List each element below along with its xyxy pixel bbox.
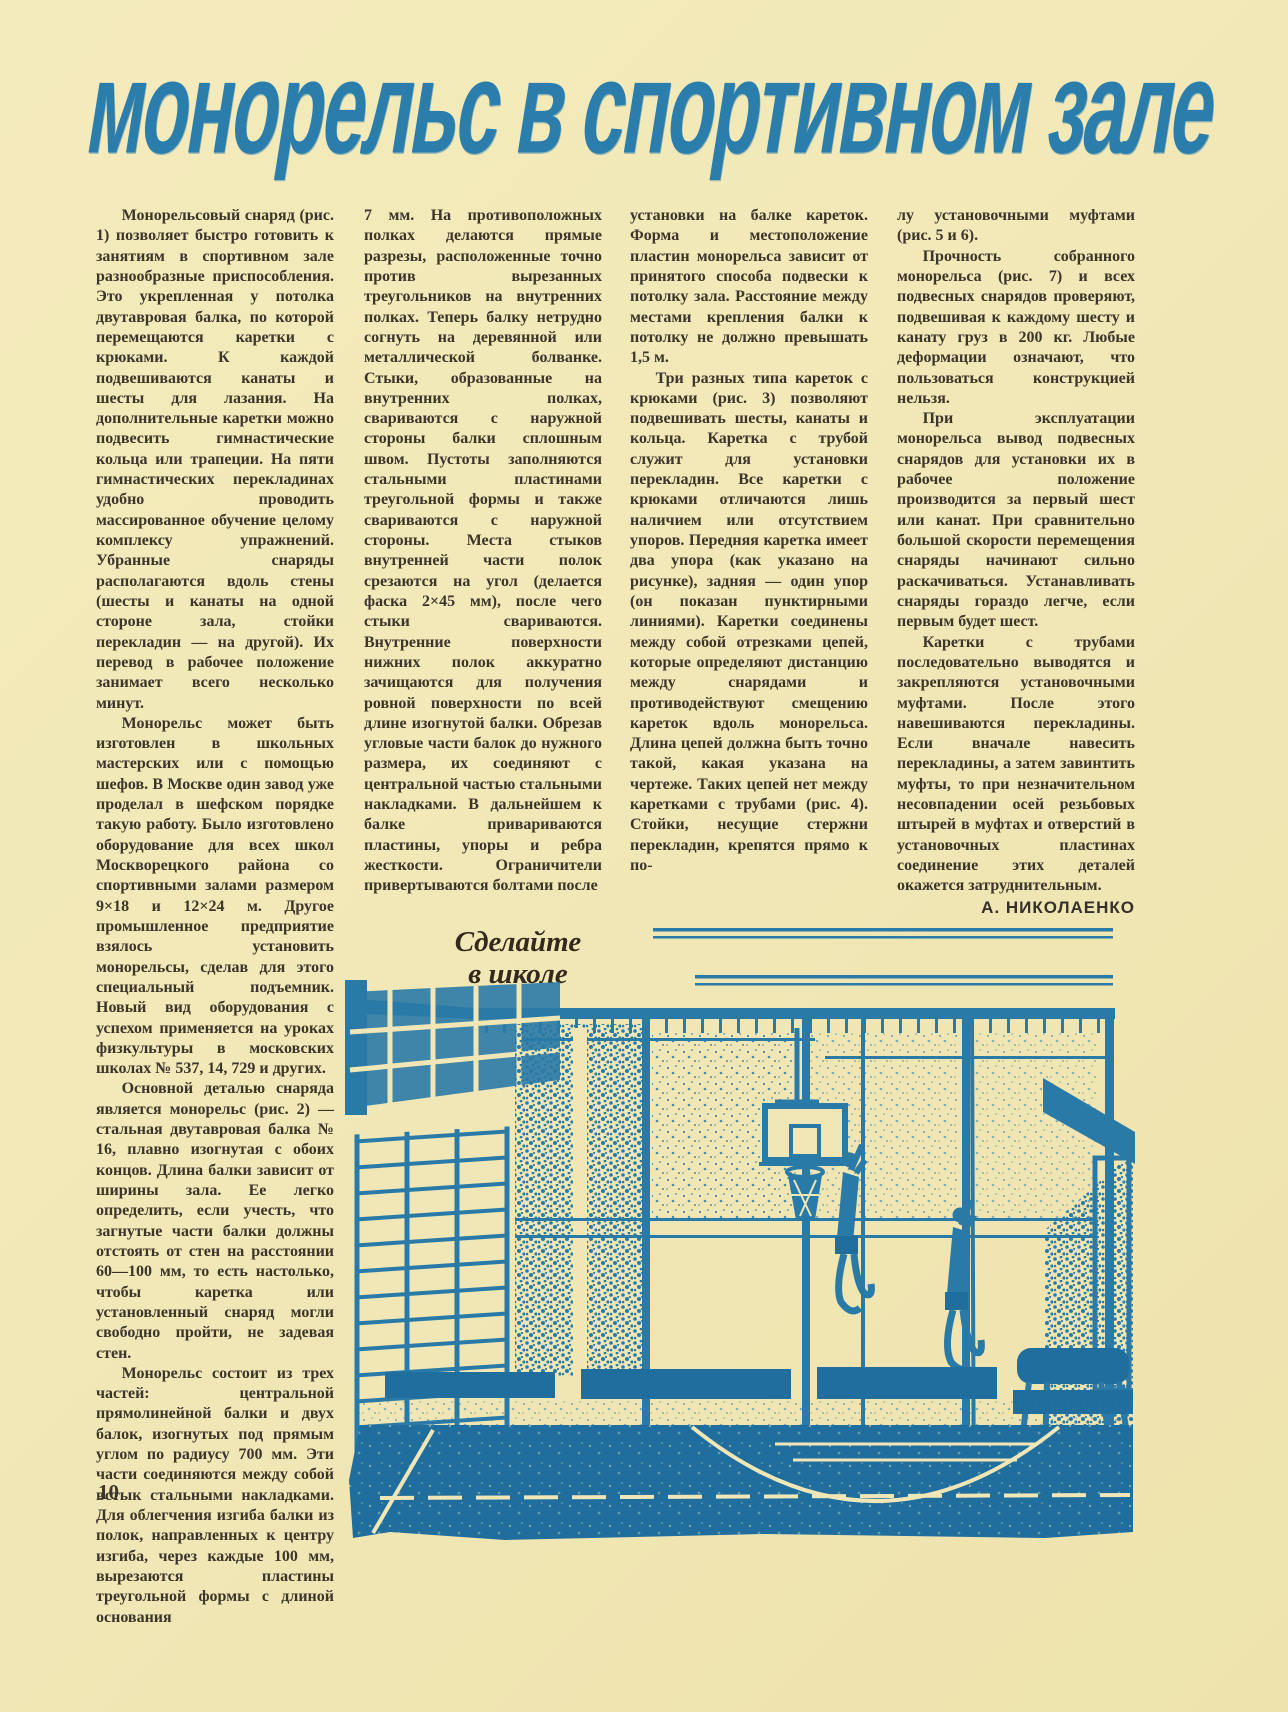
article-column-4: лу установочными муфтами (рис. 5 и 6). П… [897,206,1135,918]
paragraph: При эксплуатации монорельса вывод подвес… [897,409,1135,632]
author-byline: А. НИКОЛАЕНКО [897,897,1135,919]
paragraph: лу установочными муфтами (рис. 5 и 6). [897,206,1135,247]
article-column-3: установки на балке кареток. Форма и мест… [630,206,868,876]
paragraph: Прочность собранного монорельса (рис. 7)… [897,247,1135,410]
paragraph: установки на балке кареток. Форма и мест… [630,206,868,369]
paragraph: Три разных типа кареток с крюками (рис. … [630,369,868,877]
paragraph: Монорельс может быть изготовлен в школьн… [96,714,334,1080]
article-column-2: 7 мм. На противоположных полках делаются… [364,206,602,897]
page-title: монорельс в спортивном зале [74,10,1229,208]
magazine-page: монорельс в спортивном зале Монорельсовы… [0,0,1288,1712]
paragraph: 7 мм. На противоположных полках делаются… [364,206,602,897]
page-number: 10 [98,1480,119,1505]
article-column-1: Монорельсовый снаряд (рис. 1) позволяет … [96,206,334,1628]
ceiling-monorail-beams [653,928,1113,986]
gym-floor [349,1398,1133,1540]
paragraph: Монорельсовый снаряд (рис. 1) позволяет … [96,206,334,714]
paragraph: Монорельс состоит из трех частей: центра… [96,1364,334,1628]
paragraph: Основной деталью снаряда является моноре… [96,1079,334,1363]
gym-illustration [345,920,1135,1560]
paragraph: Каретки с трубами последовательно выводя… [897,633,1135,897]
